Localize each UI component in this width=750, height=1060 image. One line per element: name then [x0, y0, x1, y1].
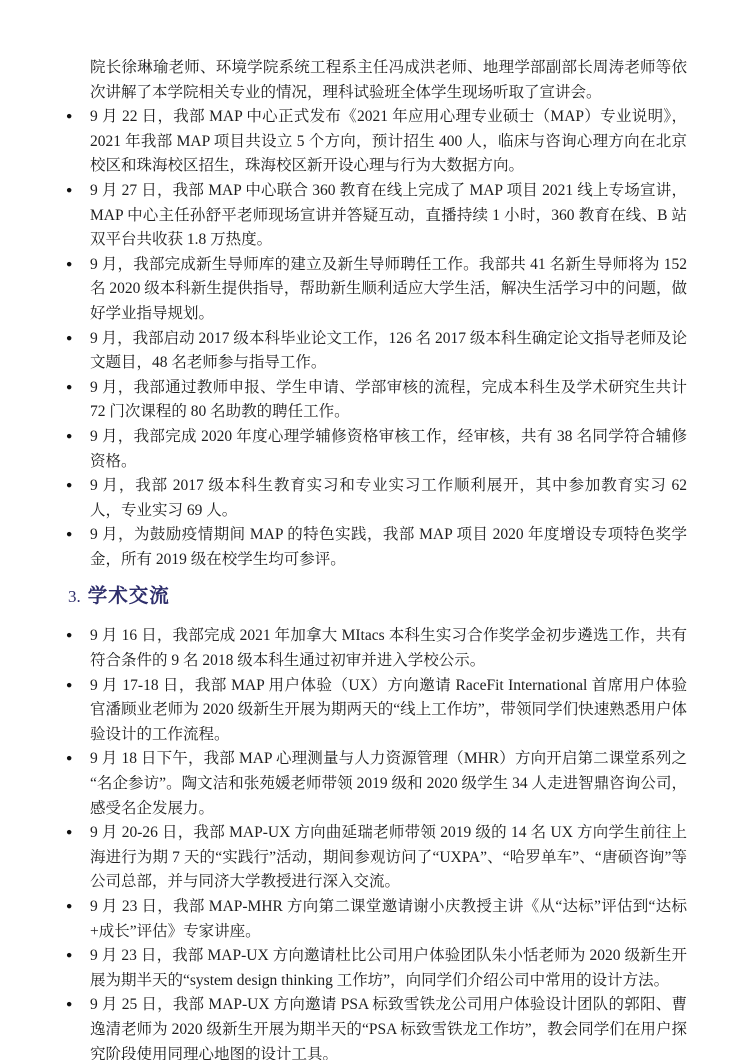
list-item: ● 9 月，我部完成新生导师库的建立及新生导师聘任工作。我部共 41 名新生导师… — [90, 253, 687, 327]
bullet-icon: ● — [66, 747, 86, 772]
bullet-icon: ● — [66, 425, 86, 450]
bullet-text: 9 月，我部启动 2017 级本科毕业论文工作，126 名 2017 级本科生确… — [90, 330, 687, 372]
bullet-text: 9 月 18 日下午，我部 MAP 心理测量与人力资源管理（MHR）方向开启第二… — [90, 750, 687, 816]
section2-bullet-list: ● 9 月 22 日，我部 MAP 中心正式发布《2021 年应用心理专业硕士（… — [90, 105, 687, 572]
bullet-text: 9 月，我部 2017 级本科生教育实习和专业实习工作顺利展开，其中参加教育实习… — [90, 477, 687, 519]
bullet-icon: ● — [66, 327, 86, 352]
document-page: 院长徐琳瑜老师、环境学院系统工程系主任冯成洪老师、地理学部副部长周涛老师等依次讲… — [0, 0, 750, 1060]
bullet-icon: ● — [66, 895, 86, 920]
section-number: 3. — [68, 587, 81, 606]
bullet-text: 9 月 23 日，我部 MAP-MHR 方向第二课堂邀请谢小庆教授主讲《从“达标… — [90, 898, 687, 940]
list-item: ● 9 月 18 日下午，我部 MAP 心理测量与人力资源管理（MHR）方向开启… — [90, 747, 687, 821]
list-item: ● 9 月 23 日，我部 MAP-UX 方向邀请杜比公司用户体验团队朱小恬老师… — [90, 944, 687, 993]
section-heading: 3.学术交流 — [68, 581, 687, 611]
continuation-paragraph: 院长徐琳瑜老师、环境学院系统工程系主任冯成洪老师、地理学部副部长周涛老师等依次讲… — [90, 56, 687, 105]
bullet-icon: ● — [66, 624, 86, 649]
list-item: ● 9 月，我部 2017 级本科生教育实习和专业实习工作顺利展开，其中参加教育… — [90, 474, 687, 523]
bullet-icon: ● — [66, 674, 86, 699]
bullet-icon: ● — [66, 993, 86, 1018]
list-item: ● 9 月 17-18 日，我部 MAP 用户体验（UX）方向邀请 RaceFi… — [90, 674, 687, 748]
list-item: ● 9 月 16 日，我部完成 2021 年加拿大 MItacs 本科生实习合作… — [90, 624, 687, 673]
bullet-icon: ● — [66, 474, 86, 499]
bullet-text: 9 月 20-26 日，我部 MAP-UX 方向曲延瑞老师带领 2019 级的 … — [90, 824, 687, 890]
list-item: ● 9 月 20-26 日，我部 MAP-UX 方向曲延瑞老师带领 2019 级… — [90, 821, 687, 895]
list-item: ● 9 月 27 日，我部 MAP 中心联合 360 教育在线上完成了 MAP … — [90, 179, 687, 253]
list-item: ● 9 月，我部通过教师申报、学生申请、学部审核的流程，完成本科生及学术研究生共… — [90, 376, 687, 425]
bullet-icon: ● — [66, 944, 86, 969]
list-item: ● 9 月，我部完成 2020 年度心理学辅修资格审核工作，经审核，共有 38 … — [90, 425, 687, 474]
bullet-icon: ● — [66, 821, 86, 846]
bullet-text: 9 月 23 日，我部 MAP-UX 方向邀请杜比公司用户体验团队朱小恬老师为 … — [90, 947, 687, 989]
bullet-text: 9 月，我部通过教师申报、学生申请、学部审核的流程，完成本科生及学术研究生共计 … — [90, 379, 687, 421]
bullet-text: 9 月 16 日，我部完成 2021 年加拿大 MItacs 本科生实习合作奖学… — [90, 627, 687, 669]
bullet-icon: ● — [66, 105, 86, 130]
page-content: 院长徐琳瑜老师、环境学院系统工程系主任冯成洪老师、地理学部副部长周涛老师等依次讲… — [90, 56, 687, 1060]
list-item: ● 9 月 22 日，我部 MAP 中心正式发布《2021 年应用心理专业硕士（… — [90, 105, 687, 179]
bullet-text: 9 月 17-18 日，我部 MAP 用户体验（UX）方向邀请 RaceFit … — [90, 677, 687, 743]
list-item: ● 9 月 25 日，我部 MAP-UX 方向邀请 PSA 标致雪铁龙公司用户体… — [90, 993, 687, 1060]
bullet-text: 9 月 27 日，我部 MAP 中心联合 360 教育在线上完成了 MAP 项目… — [90, 182, 687, 248]
bullet-icon: ● — [66, 253, 86, 278]
bullet-text: 9 月 22 日，我部 MAP 中心正式发布《2021 年应用心理专业硕士（MA… — [90, 108, 687, 174]
bullet-icon: ● — [66, 376, 86, 401]
list-item: ● 9 月，我部启动 2017 级本科毕业论文工作，126 名 2017 级本科… — [90, 327, 687, 376]
section-title: 学术交流 — [88, 585, 170, 607]
bullet-text: 9 月，我部完成新生导师库的建立及新生导师聘任工作。我部共 41 名新生导师将为… — [90, 256, 687, 322]
bullet-text: 9 月 25 日，我部 MAP-UX 方向邀请 PSA 标致雪铁龙公司用户体验设… — [90, 996, 687, 1060]
bullet-text: 9 月，我部完成 2020 年度心理学辅修资格审核工作，经审核，共有 38 名同… — [90, 428, 687, 470]
list-item: ● 9 月 23 日，我部 MAP-MHR 方向第二课堂邀请谢小庆教授主讲《从“… — [90, 895, 687, 944]
bullet-icon: ● — [66, 523, 86, 548]
bullet-text: 9 月，为鼓励疫情期间 MAP 的特色实践，我部 MAP 项目 2020 年度增… — [90, 526, 687, 568]
bullet-icon: ● — [66, 179, 86, 204]
list-item: ● 9 月，为鼓励疫情期间 MAP 的特色实践，我部 MAP 项目 2020 年… — [90, 523, 687, 572]
section3-bullet-list: ● 9 月 16 日，我部完成 2021 年加拿大 MItacs 本科生实习合作… — [90, 624, 687, 1060]
